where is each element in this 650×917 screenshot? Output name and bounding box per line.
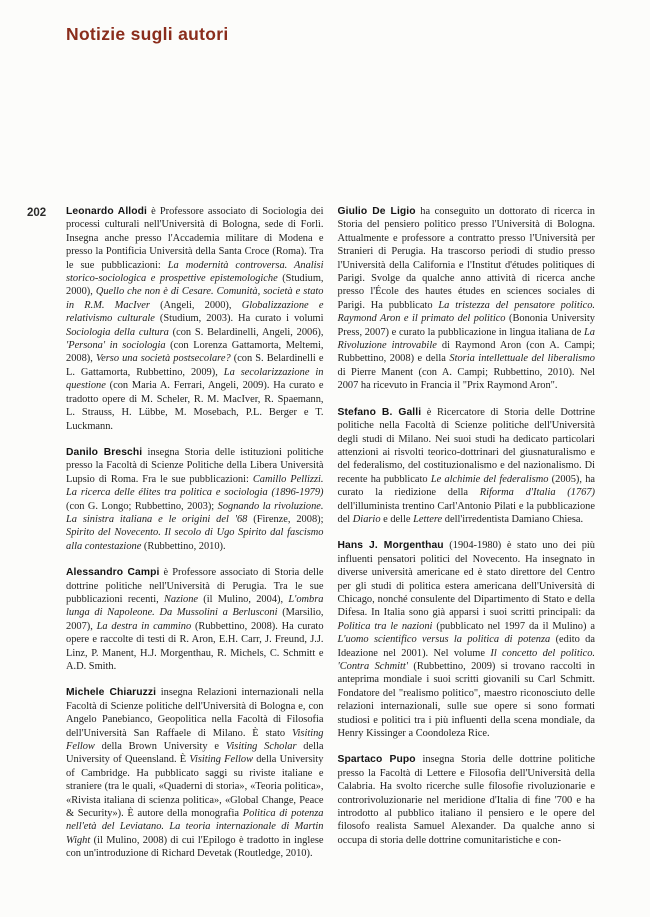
work-title: Diario bbox=[353, 514, 381, 525]
bio-leonardo-allodi: Leonardo Allodi è Professore associato d… bbox=[66, 205, 324, 433]
work-title: La secolarizzazione in questione bbox=[66, 367, 324, 391]
work-title: 'Persona' in sociologia bbox=[66, 340, 166, 351]
author-name: Giulio De Ligio bbox=[338, 206, 416, 217]
bio-hans-j-morgenthau: Hans J. Morgenthau (1904-1980) è stato u… bbox=[338, 539, 596, 740]
author-name: Danilo Breschi bbox=[66, 447, 142, 458]
bio-giulio-de-ligio: Giulio De Ligio ha conseguito un dottora… bbox=[338, 205, 596, 393]
author-name: Leonardo Allodi bbox=[66, 206, 147, 217]
work-title: La destra in cammino bbox=[97, 621, 192, 632]
work-title: Visiting Fellow bbox=[189, 754, 253, 765]
work-title: Spirito del Novecento. Il secolo di Ugo … bbox=[66, 527, 324, 551]
author-name: Alessandro Campi bbox=[66, 567, 159, 578]
bio-michele-chiaruzzi: Michele Chiaruzzi insegna Relazioni inte… bbox=[66, 686, 324, 860]
page-title: Notizie sugli autori bbox=[66, 24, 229, 45]
work-title: Le alchimie del federalismo bbox=[431, 474, 549, 485]
bio-stefano-b-galli: Stefano B. Galli è Ricercatore di Storia… bbox=[338, 406, 596, 527]
work-title: Visiting Scholar bbox=[226, 741, 297, 752]
work-title: Il concetto del politico. 'Contra Schmit… bbox=[338, 648, 596, 672]
work-title: Lettere bbox=[413, 514, 442, 525]
author-name: Hans J. Morgenthau bbox=[338, 540, 444, 551]
work-title: Storia intellettuale del liberalismo bbox=[449, 353, 595, 364]
bio-spartaco-pupo: Spartaco Pupo insegna Storia delle dottr… bbox=[338, 753, 596, 847]
right-column: Giulio De Ligio ha conseguito un dottora… bbox=[338, 205, 596, 874]
work-title: La tristezza del pensatore politico. Ray… bbox=[338, 300, 596, 324]
page-number: 202 bbox=[27, 207, 46, 219]
work-title: L'uomo scientifico versus la politica di… bbox=[338, 634, 551, 645]
work-title: Politica tra le nazioni bbox=[338, 621, 433, 632]
author-name: Spartaco Pupo bbox=[338, 754, 416, 765]
work-title: Verso una società postsecolare? bbox=[96, 353, 231, 364]
author-name: Michele Chiaruzzi bbox=[66, 687, 156, 698]
work-title: La modernità controversa. Analisi storic… bbox=[66, 260, 324, 284]
bio-alessandro-campi: Alessandro Campi è Professore associato … bbox=[66, 566, 324, 673]
work-title: Sociologia della cultura bbox=[66, 327, 169, 338]
bio-danilo-breschi: Danilo Breschi insegna Storia delle isti… bbox=[66, 446, 324, 553]
work-title: Sognando la rivoluzione. La sinistra ita… bbox=[66, 501, 323, 525]
text-columns: Leonardo Allodi è Professore associato d… bbox=[66, 205, 595, 874]
work-title: Nazione bbox=[164, 594, 198, 605]
work-title: Politica di potenza nell'età del Leviata… bbox=[66, 808, 324, 846]
work-title: La Rivoluzione introvabile bbox=[338, 327, 596, 351]
left-column: Leonardo Allodi è Professore associato d… bbox=[66, 205, 324, 874]
work-title: Camillo Pellizzi. La ricerca delle élite… bbox=[66, 474, 324, 498]
work-title: Riforma d'Italia (1767) bbox=[480, 487, 595, 498]
author-name: Stefano B. Galli bbox=[338, 407, 422, 418]
